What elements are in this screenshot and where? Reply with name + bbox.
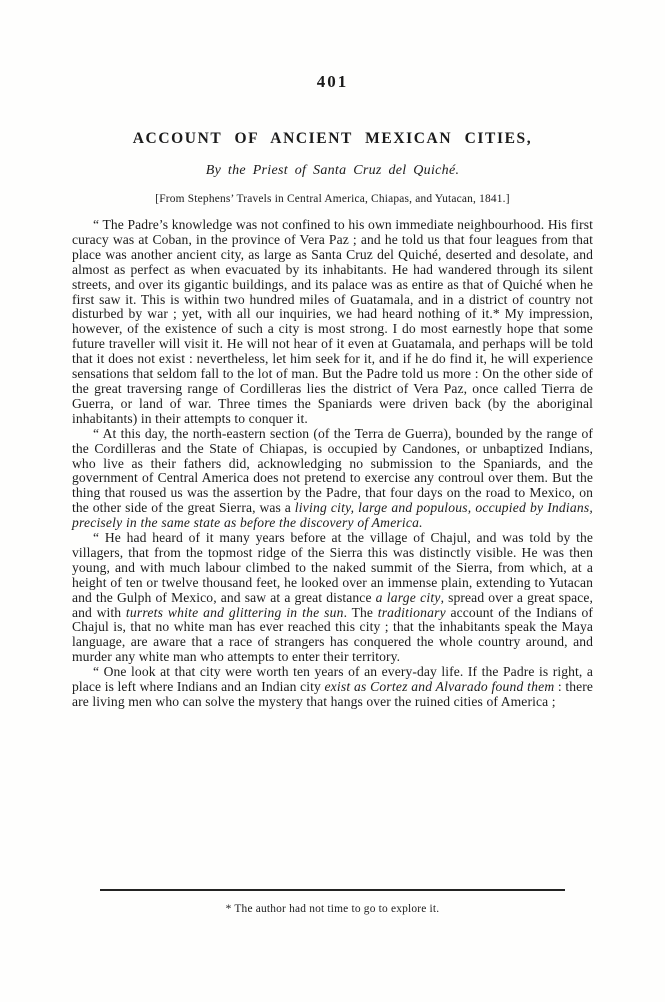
document-source-line: [From Stephens’ Travels in Central Ameri… (0, 193, 665, 205)
paragraph: “ One look at that city were worth ten y… (72, 665, 593, 710)
italic-text-run: exist as Cortez and Alvarado found them (324, 679, 554, 694)
italic-text-run: a large city (376, 590, 441, 605)
document-body: “ The Padre’s knowledge was not confined… (72, 218, 593, 710)
footnote-area: * The author had not time to go to explo… (0, 889, 665, 915)
document-byline: By the Priest of Santa Cruz del Quiché. (0, 163, 665, 179)
text-run: “ The Padre’s knowledge was not confined… (72, 217, 593, 426)
text-run: . The (344, 605, 378, 620)
paragraph: “ The Padre’s knowledge was not confined… (72, 218, 593, 427)
page-number: 401 (0, 0, 665, 92)
paragraph: “ At this day, the north-eastern section… (72, 427, 593, 531)
footnote-divider (100, 889, 565, 891)
footnote-text: * The author had not time to go to explo… (0, 903, 665, 915)
scanned-page: 401 ACCOUNT OF ANCIENT MEXICAN CITIES, B… (0, 0, 665, 1002)
italic-text-run: traditionary (378, 605, 446, 620)
document-title: ACCOUNT OF ANCIENT MEXICAN CITIES, (0, 130, 665, 148)
italic-text-run: turrets white and glittering in the sun (126, 605, 344, 620)
paragraph: “ He had heard of it many years before a… (72, 531, 593, 665)
